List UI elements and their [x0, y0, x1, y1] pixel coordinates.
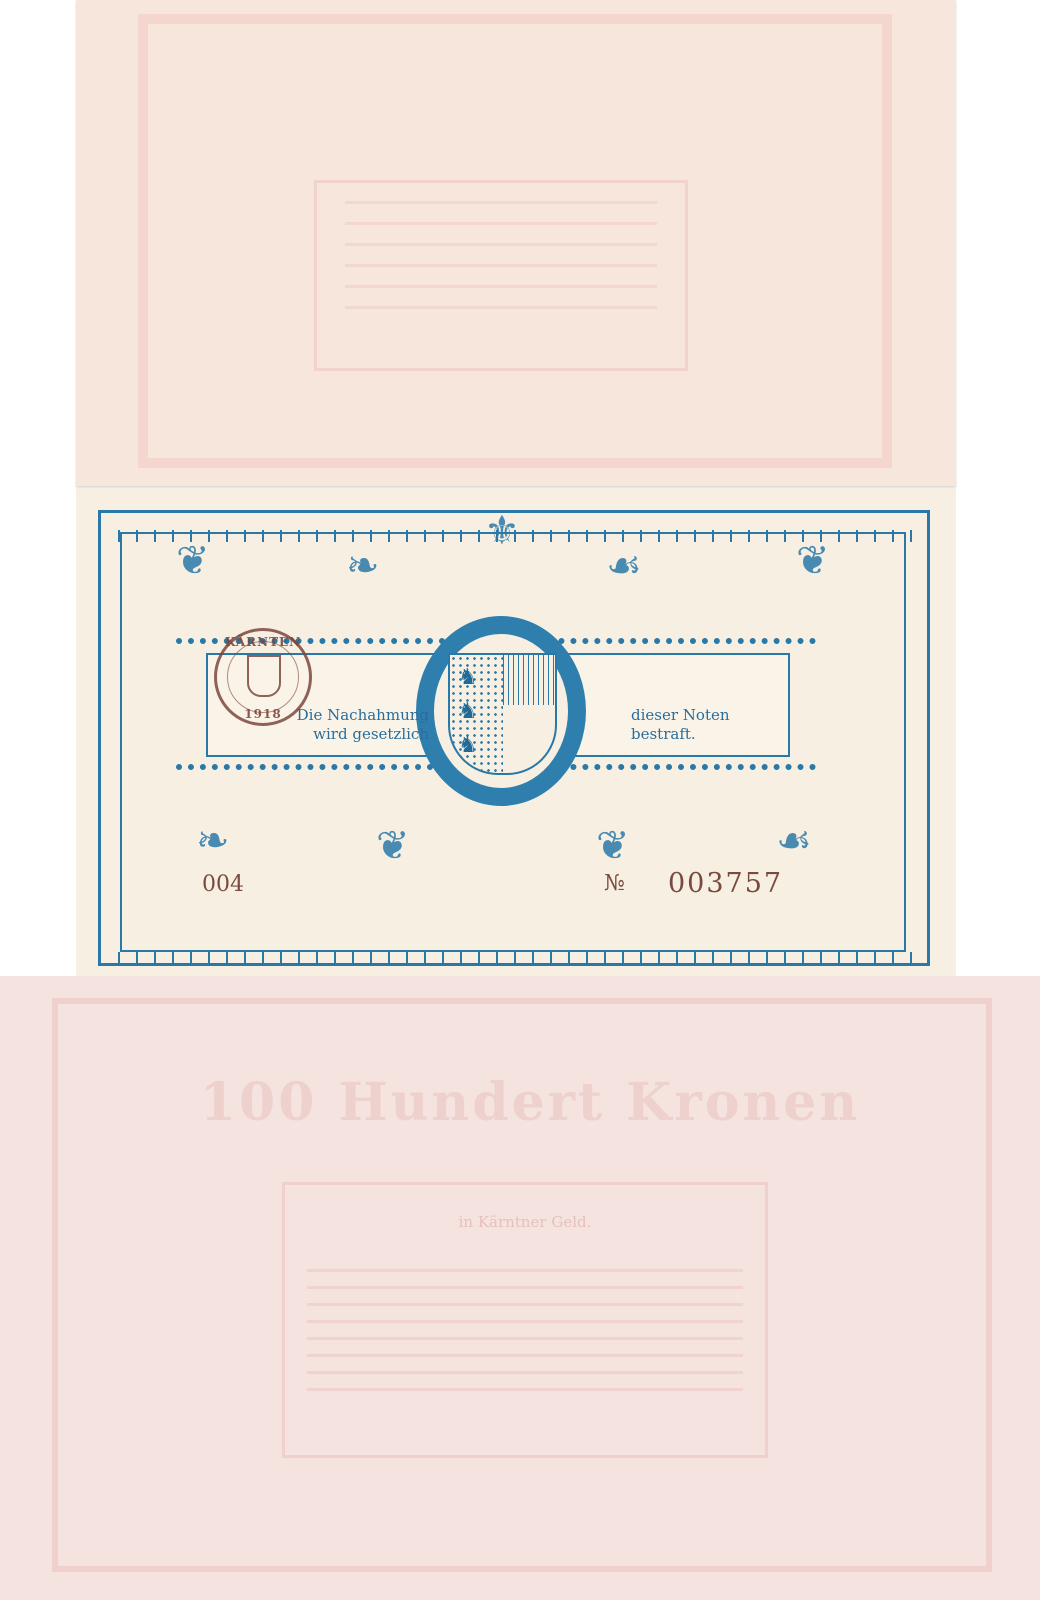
currency-subtitle: in Kärntner Geld. — [285, 1213, 765, 1231]
stamp-top-text: KÄRNTEN — [217, 635, 309, 649]
text-panel: in Kärntner Geld. — [282, 1182, 768, 1458]
legend-line: bestraft. — [631, 725, 791, 744]
coat-of-arms-shield: ♞ ♞ ♞ — [448, 653, 557, 775]
lion-icon: ♞ — [458, 735, 478, 757]
number-sign: № — [604, 871, 625, 896]
stamp-year: 1918 — [217, 707, 309, 721]
scroll-ornament-icon: ❧ — [196, 818, 230, 864]
dotted-field: ♞ ♞ ♞ — [450, 655, 503, 773]
legend-line: wird gesetzlich — [234, 725, 429, 744]
faded-text-lines — [317, 201, 685, 309]
stamp-shield-icon — [247, 655, 281, 697]
scroll-ornament-icon: ☙ — [776, 818, 812, 864]
legend-right: dieser Noten bestraft. — [631, 706, 791, 744]
banknote-top — [76, 0, 956, 486]
scroll-ornament-icon: ❦ — [176, 538, 210, 584]
scroll-ornament-icon: ❦ — [796, 538, 830, 584]
lion-icon: ♞ — [458, 667, 478, 689]
serial-number: 003757 — [668, 868, 783, 899]
banknote-reverse: ❦ ❧ ⚜ ☙ ❦ ❧ ❦ ❦ ☙ ♞ ♞ ♞ Die Nachahmung w… — [76, 488, 956, 988]
banknote-bottom: 100 Hundert Kronen in Kärntner Geld. — [0, 976, 1040, 1600]
kaernten-1918-stamp: KÄRNTEN 1918 — [214, 628, 312, 726]
scroll-ornament-icon: ❦ — [376, 823, 410, 869]
scroll-ornament-icon: ☙ — [606, 543, 642, 589]
text-panel — [314, 180, 688, 371]
scroll-ornament-icon: ❦ — [596, 823, 630, 869]
fleur-de-lis-icon: ⚜ — [484, 508, 520, 554]
legend-line: dieser Noten — [631, 706, 791, 725]
striped-field — [503, 655, 556, 705]
lion-icon: ♞ — [458, 701, 478, 723]
faded-text-lines — [307, 1255, 743, 1405]
scroll-ornament-icon: ❧ — [346, 543, 380, 589]
series-number: 004 — [202, 872, 244, 897]
denomination-title: 100 Hundert Kronen — [130, 1072, 930, 1133]
